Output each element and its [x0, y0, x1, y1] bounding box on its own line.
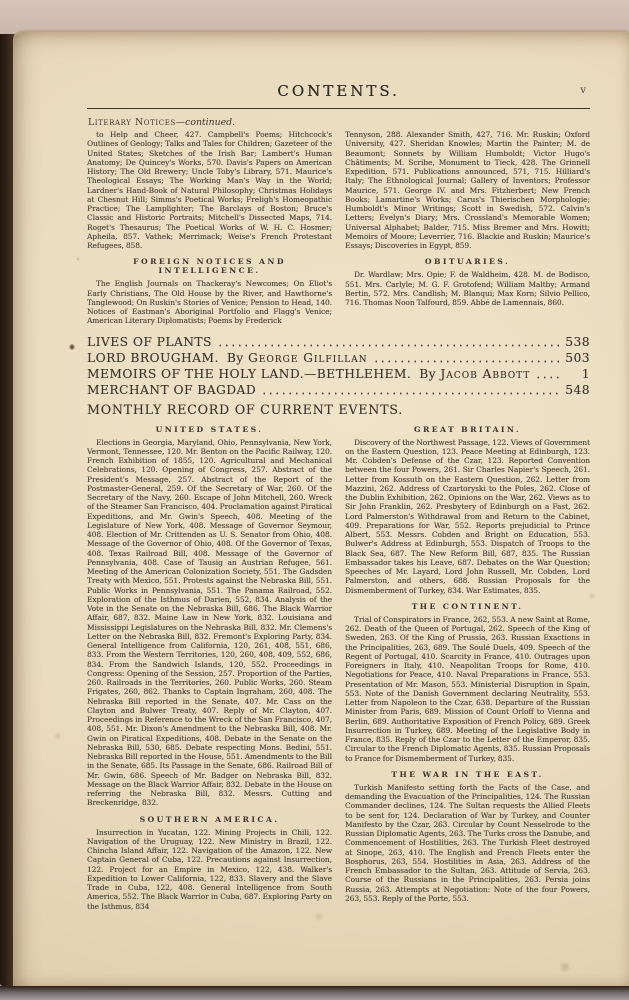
- southern-america-heading: SOUTHERN AMERICA.: [87, 815, 332, 824]
- toc-author: Jacob Abbott: [440, 367, 530, 381]
- toc-by-label: By: [227, 351, 244, 365]
- war-in-the-east-text: Turkish Manifesto setting forth the Fact…: [345, 783, 590, 903]
- page-title: CONTENTS.: [87, 82, 590, 100]
- dot-leader: [217, 339, 559, 349]
- contents-page: CONTENTS. v Literary Notices—continued. …: [13, 30, 629, 988]
- stain: [558, 962, 572, 972]
- toc-title: LORD BROUGHAM.: [87, 351, 219, 365]
- literary-notices-heading-label: Literary Notices: [88, 117, 176, 128]
- literary-notices-right-text: Tennyson, 288. Alexander Smith, 427, 716…: [345, 130, 590, 250]
- obituaries-text: Dr. Wardlaw; Mrs. Opie; F. de Waldheim, …: [345, 270, 590, 307]
- page-header: CONTENTS. v: [87, 82, 590, 104]
- great-britain-heading: GREAT BRITAIN.: [345, 425, 590, 434]
- stain: [53, 732, 63, 740]
- header-rule: [87, 108, 590, 109]
- literary-notices-heading-continued: —continued.: [176, 117, 235, 128]
- toc-title: MERCHANT OF BAGDAD: [87, 383, 256, 397]
- toc-by-label: By: [419, 367, 436, 381]
- literary-notices-heading: Literary Notices—continued.: [88, 117, 590, 128]
- text-block: CONTENTS. v Literary Notices—continued. …: [87, 82, 590, 911]
- toc-row-memoirs-holy-land: MEMOIRS OF THE HOLY LAND.—BETHLEHEM. By …: [87, 367, 590, 381]
- toc-title: LIVES OF PLANTS: [87, 335, 212, 349]
- upper-right-column: Tennyson, 288. Alexander Smith, 427, 716…: [345, 130, 590, 326]
- toc-author: George Gilfillan: [248, 351, 368, 365]
- obituaries-heading: OBITUARIES.: [345, 257, 590, 266]
- the-continent-text: Trial of Conspirators in France, 262, 55…: [345, 615, 590, 763]
- the-continent-heading: THE CONTINENT.: [345, 602, 590, 611]
- toc-entries: LIVES OF PLANTS 538 LORD BROUGHAM. By Ge…: [87, 335, 590, 397]
- dot-leader: [535, 371, 559, 381]
- literary-notices-left-text: to Help and Cheer, 427. Campbell's Poems…: [87, 130, 332, 250]
- foreign-notices-text: The English Journals on Thackeray's Newc…: [87, 279, 332, 325]
- lower-right-column: GREAT BRITAIN. Discovery of the Northwes…: [345, 418, 590, 911]
- great-britain-text: Discovery of the Northwest Passage, 122.…: [345, 438, 590, 595]
- toc-page-number: 538: [564, 335, 590, 349]
- lower-left-column: UNITED STATES. Elections in Georgia, Mar…: [87, 418, 332, 911]
- united-states-heading: UNITED STATES.: [87, 425, 332, 434]
- dot-leader: [373, 355, 559, 365]
- stain: [313, 912, 325, 921]
- stain: [76, 257, 80, 261]
- war-in-the-east-heading: THE WAR IN THE EAST.: [345, 770, 590, 779]
- scanned-book-photo: CONTENTS. v Literary Notices—continued. …: [0, 0, 629, 1000]
- toc-title: MEMOIRS OF THE HOLY LAND.—BETHLEHEM.: [87, 367, 411, 381]
- upper-left-column: to Help and Cheer, 427. Campbell's Poems…: [87, 130, 332, 326]
- southern-america-text: Insurrection in Yucatan, 122. Mining Pro…: [87, 828, 332, 911]
- upper-columns: to Help and Cheer, 427. Campbell's Poems…: [87, 130, 590, 326]
- lower-columns: UNITED STATES. Elections in Georgia, Mar…: [87, 418, 590, 911]
- table-surface: [0, 986, 629, 1000]
- toc-page-number: 503: [564, 351, 590, 365]
- folio-numeral: v: [580, 85, 586, 96]
- foreign-notices-heading: FOREIGN NOTICES AND INTELLIGENCE.: [87, 257, 332, 275]
- stain: [69, 344, 75, 350]
- monthly-record-heading: MONTHLY RECORD OF CURRENT EVENTS.: [87, 402, 590, 417]
- toc-page-number: 548: [564, 383, 590, 397]
- united-states-text: Elections in Georgia, Maryland, Ohio, Pe…: [87, 438, 332, 808]
- toc-row-merchant-of-bagdad: MERCHANT OF BAGDAD 548: [87, 383, 590, 397]
- toc-row-lives-of-plants: LIVES OF PLANTS 538: [87, 335, 590, 349]
- toc-page-number: 1: [564, 367, 590, 381]
- toc-row-lord-brougham: LORD BROUGHAM. By George Gilfillan 503: [87, 351, 590, 365]
- dot-leader: [261, 387, 559, 397]
